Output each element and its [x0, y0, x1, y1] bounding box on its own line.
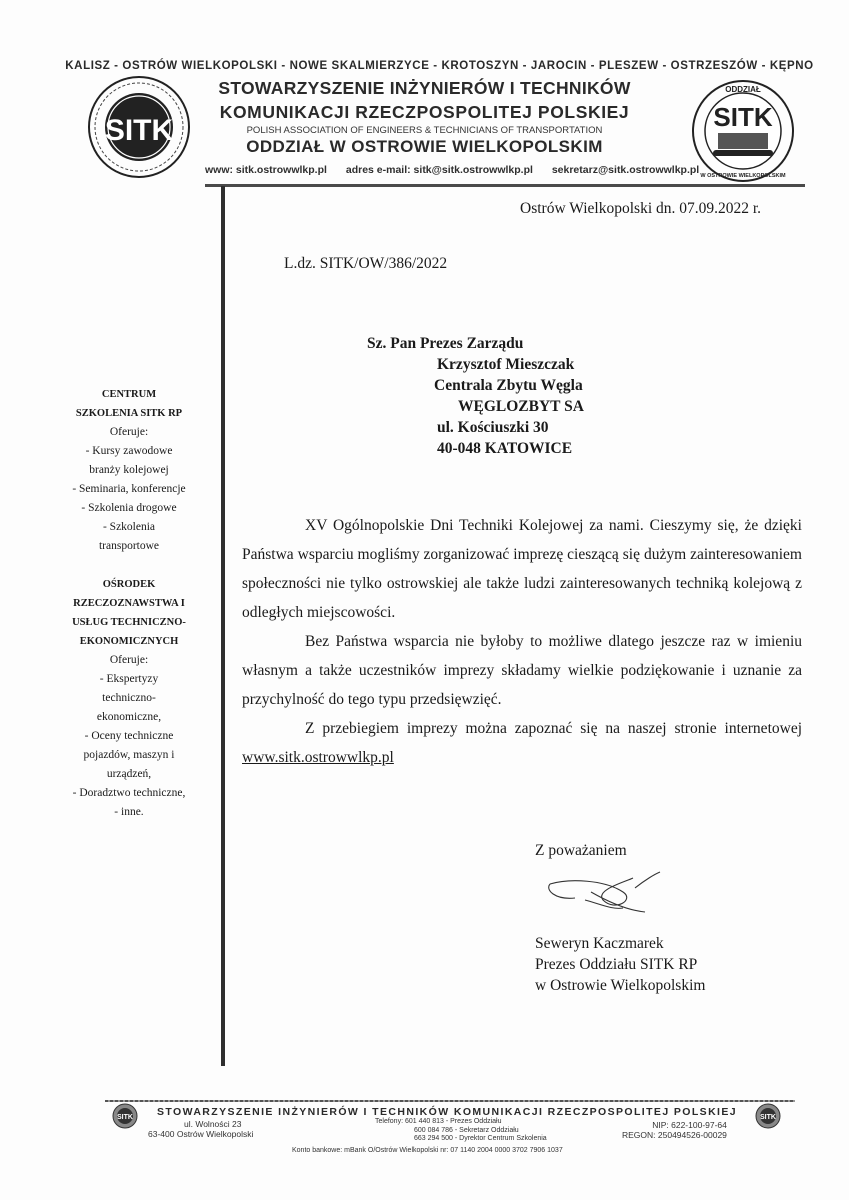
- sidebar-item: ekonomiczne,: [40, 708, 218, 727]
- signer-block: Seweryn Kaczmarek Prezes Oddziału SITK R…: [535, 933, 705, 996]
- recipient-name: Krzysztof Mieszczak: [437, 356, 574, 374]
- sidebar-section1-offers-label: Oferuje:: [40, 423, 218, 442]
- body-paragraph-3-text: Z przebiegiem imprezy można zapoznać się…: [305, 720, 802, 737]
- footer-org-name: STOWARZYSZENIE INŻYNIERÓW I TECHNIKÓW KO…: [157, 1106, 737, 1118]
- website-body-link[interactable]: www.sitk.ostrowwlkp.pl: [242, 749, 394, 766]
- sidebar-item: techniczno-: [40, 689, 218, 708]
- svg-text:ODDZIAŁ: ODDZIAŁ: [725, 85, 761, 94]
- sidebar-item: - Doradztwo techniczne,: [40, 784, 218, 803]
- body-paragraph-1: XV Ogólnopolskie Dni Techniki Kolejowej …: [242, 511, 802, 627]
- signer-title: Prezes Oddziału SITK RP: [535, 954, 705, 975]
- recipient-salutation: Sz. Pan Prezes Zarządu: [367, 335, 523, 353]
- svg-text:SITK: SITK: [713, 102, 772, 132]
- body-paragraph-2: Bez Państwa wsparcia nie byłoby to możli…: [242, 627, 802, 714]
- footer-bank-account: Konto bankowe: mBank O/Ostrów Wielkopols…: [292, 1147, 563, 1154]
- svg-text:SITK: SITK: [760, 1114, 776, 1121]
- letterhead-cities: KALISZ - OSTRÓW WIELKOPOLSKI - NOWE SKAL…: [0, 60, 849, 72]
- signer-name: Seweryn Kaczmarek: [535, 933, 705, 954]
- footer-phones-label: Telefony:: [375, 1118, 403, 1125]
- sidebar-divider: [221, 186, 225, 1066]
- recipient-street: ul. Kościuszki 30: [437, 419, 549, 437]
- footer-ids: NIP: 622-100-97-64 REGON: 250494526-0002…: [622, 1120, 727, 1140]
- sidebar-item: transportowe: [40, 537, 218, 556]
- footer-phone: 663 294 500 - Dyrektor Centrum Szkolenia: [375, 1135, 547, 1144]
- footer-sitk-logo-left-icon: SITK: [112, 1103, 138, 1129]
- letterhead-contacts: www: sitk.ostrowwlkp.pl adres e-mail: si…: [205, 164, 715, 176]
- sidebar-item: - Szkolenia: [40, 518, 218, 537]
- signer-location: w Ostrowie Wielkopolskim: [535, 975, 705, 996]
- website-link[interactable]: www: sitk.ostrowwlkp.pl: [205, 164, 327, 176]
- secretary-email-link[interactable]: sekretarz@sitk.ostrowwlkp.pl: [552, 164, 699, 176]
- footer-street: ul. Wolności 23: [184, 1119, 241, 1129]
- sidebar-section1-title-1: CENTRUM: [40, 385, 218, 404]
- sidebar-item: branży kolejowej: [40, 461, 218, 480]
- footer-phone: 600 084 786 - Sekretarz Oddziału: [375, 1127, 547, 1136]
- recipient-city: 40-048 KATOWICE: [437, 440, 572, 458]
- sidebar-section2-title-4: EKONOMICZNYCH: [40, 632, 218, 651]
- email-link[interactable]: adres e-mail: sitk@sitk.ostrowwlkp.pl: [346, 164, 533, 176]
- footer-phones: Telefony: 601 440 813 - Prezes Oddziału …: [375, 1118, 547, 1144]
- recipient-company-short: WĘGLOZBYT SA: [458, 398, 584, 416]
- sidebar-item: - Ekspertyzy: [40, 670, 218, 689]
- handwritten-signature-icon: [545, 870, 685, 920]
- footer-regon: REGON: 250494526-00029: [622, 1130, 727, 1140]
- sidebar-item: - Kursy zawodowe: [40, 442, 218, 461]
- sidebar-section2-offers-label: Oferuje:: [40, 651, 218, 670]
- body-paragraph-3: Z przebiegiem imprezy można zapoznać się…: [242, 714, 802, 772]
- sidebar-section1-title-2: SZKOLENIA SITK RP: [40, 404, 218, 423]
- sidebar-section2-title-1: OŚRODEK: [40, 575, 218, 594]
- sidebar-item: - Oceny techniczne: [40, 727, 218, 746]
- sidebar: CENTRUM SZKOLENIA SITK RP Oferuje: - Kur…: [40, 385, 218, 822]
- sidebar-item: urządzeń,: [40, 765, 218, 784]
- sidebar-item: pojazdów, maszyn i: [40, 746, 218, 765]
- place-date: Ostrów Wielkopolski dn. 07.09.2022 r.: [520, 200, 761, 218]
- reference-number: L.dz. SITK/OW/386/2022: [284, 255, 447, 273]
- footer-nip: NIP: 622-100-97-64: [622, 1120, 727, 1130]
- recipient-company: Centrala Zbytu Węgla: [434, 377, 583, 395]
- footer-phone: 601 440 813 - Prezes Oddziału: [405, 1118, 502, 1125]
- footer-sitk-logo-right-icon: SITK: [755, 1103, 781, 1129]
- sidebar-item: - inne.: [40, 803, 218, 822]
- sidebar-item: - Seminaria, konferencje: [40, 480, 218, 499]
- sidebar-section2-title-3: USŁUG TECHNICZNO-: [40, 613, 218, 632]
- closing-phrase: Z poważaniem: [535, 842, 627, 860]
- footer-divider: [105, 1100, 795, 1102]
- sidebar-item: - Szkolenia drogowe: [40, 499, 218, 518]
- letter-body: XV Ogólnopolskie Dni Techniki Kolejowej …: [242, 511, 802, 772]
- footer-city: 63-400 Ostrów Wielkopolski: [148, 1129, 253, 1139]
- sidebar-section2-title-2: RZECZOZNAWSTWA I: [40, 594, 218, 613]
- header-divider: [205, 184, 805, 187]
- svg-text:SITK: SITK: [117, 1114, 133, 1121]
